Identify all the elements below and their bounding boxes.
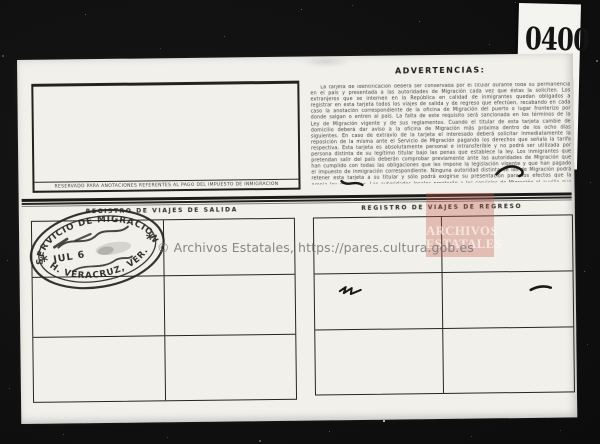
stamp-ink-smudge (95, 239, 133, 257)
scan-smudge (300, 56, 352, 68)
stamp-ornament-right-icon: * (145, 229, 156, 248)
scan-noise-specks-large (0, 0, 2, 2)
stamp-date: JUL 6 (52, 249, 87, 265)
table-cell (443, 327, 574, 393)
advertencias-title: ADVERTENCIAS: (310, 64, 570, 76)
pen-mark-paragraph-end (339, 176, 365, 190)
archive-watermark-line1: ARCHIVOS (426, 225, 494, 238)
stamp-ornament-left-icon: * (39, 252, 50, 271)
pen-mark-regreso-right (529, 283, 553, 293)
pen-mark-regreso-left (338, 283, 364, 297)
pen-mark-upper-right (494, 163, 526, 179)
photo-annotation-box: RESERVADO PARA ANOTACIONES REFERENTES AL… (31, 81, 300, 193)
photo-box-caption: RESERVADO PARA ANOTACIONES REFERENTES AL… (34, 178, 298, 191)
advertencias-body: La tarjeta de identificación deberá ser … (310, 82, 571, 184)
table-cell (315, 273, 444, 331)
archive-credit-watermark: © Archivos Estatales, https://pares.cult… (157, 240, 474, 255)
table-cell (315, 329, 444, 395)
table-cell (165, 335, 296, 401)
table-cell (443, 271, 574, 329)
table-cell (33, 336, 166, 402)
page-number: 0400 (525, 24, 574, 55)
document-scan-background: 0400 RESERVADO PARA ANOTACIONES REFERENT… (0, 0, 600, 444)
table-cell (165, 275, 296, 337)
